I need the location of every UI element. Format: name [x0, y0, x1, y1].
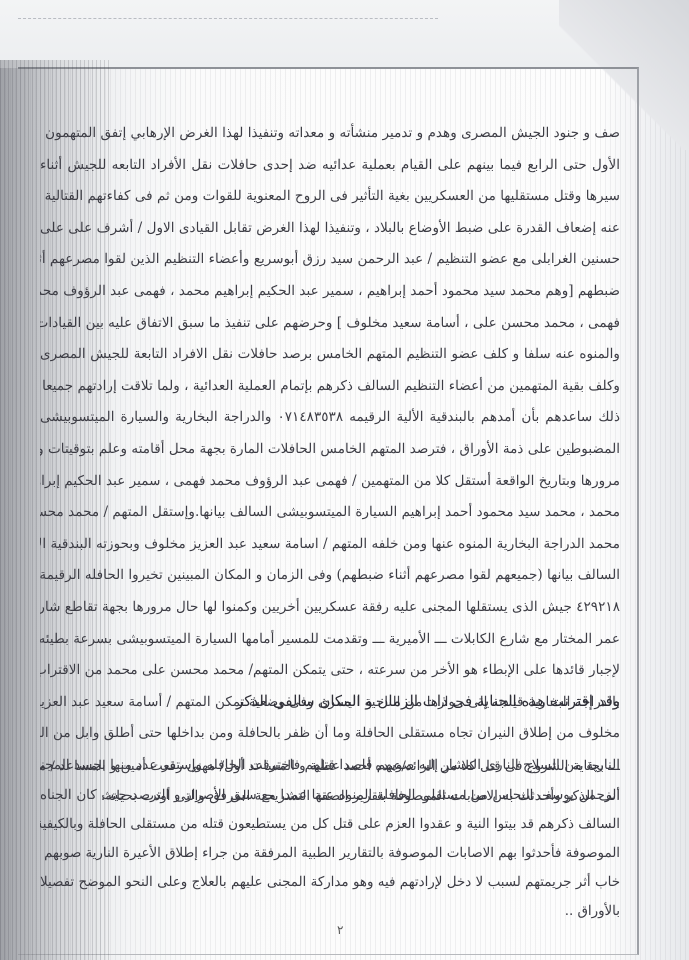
text-line: السالف ذكرهم قد بيتوا النية و عقدوا العز… — [40, 810, 620, 839]
text-line: عنه إضعاف القدرة على ضبط الأوضاع بالبلاد… — [40, 213, 620, 245]
section-heading: وقد إقترنت هذه الجناية فى ذات الزمان و ا… — [40, 692, 620, 710]
text-line: مرورها وبتاريخ الواقعة أستقل كلا من المت… — [40, 466, 620, 498]
text-line: عمر المختار مع شارع الكابلات ـــ الأميري… — [40, 624, 620, 656]
text-line: خاب أثر جريمتهم لسبب لا دخل لإرادتهم فيه… — [40, 868, 620, 897]
text-line: وكلف بقية المتهمين من أعضاء التنظيم السا… — [40, 371, 620, 403]
text-line: محمد ، محمد سيد محمود أحمد إبراهيم السيا… — [40, 497, 620, 529]
text-line: ـــ بجناية الشروع فى قتل كلا من الرائد/ع… — [40, 752, 620, 781]
text-line: والمنوه عنه سلفا و كلف عضو التنظيم المته… — [40, 339, 620, 371]
text-line: فهمى ، محمد محسن على ، أسامة سعيد مخلوف … — [40, 308, 620, 340]
text-line: الأول حتى الرابع فيما بينهم على القيام ب… — [40, 150, 620, 182]
text-line: ٤٢٩٢١٨ جيش الذى يستقلها المجنى عليه رفقة… — [40, 592, 620, 624]
text-line: صف و جنود الجيش المصرى وهدم و تدمير منشأ… — [40, 118, 620, 150]
text-line: بالأوراق .. — [40, 897, 620, 926]
text-line: لإجبار قائدها على الإبطاء هو الأخر من سر… — [40, 655, 620, 687]
text-line: المضبوطين على ذمة الأوراق ، فترصد المتهم… — [40, 434, 620, 466]
text-line: محمد الدراجة البخارية المنوه عنها ومن خل… — [40, 529, 620, 561]
text-line: السالف بيانها (جميعهم لقوا مصرعهم أثناء … — [40, 560, 620, 592]
scan-dashed-line — [18, 18, 438, 20]
text-line: الرحمن يوسف النحاس من مستقلى الحافلة الم… — [40, 781, 620, 810]
page-number: ٢ — [337, 923, 343, 937]
text-line: ذلك ساعدهم بأن أمدهم بالبندقية الألية ال… — [40, 402, 620, 434]
text-line: مخلوف من إطلاق النيران تجاه مستقلى الحاف… — [40, 718, 620, 750]
text-line: حسنين الغرابلى مع عضو التنظيم / عبد الرح… — [40, 244, 620, 276]
document-paragraph-2: ـــ بجناية الشروع فى قتل كلا من الرائد/ع… — [40, 752, 620, 926]
text-line: ضبطهم [وهم محمد سيد محمود أحمد إبراهيم ،… — [40, 276, 620, 308]
text-line: الموصوفة فأحدثوا بهم الاصابات الموصوفة ب… — [40, 839, 620, 868]
text-line: سيرها وقتل مستقليها من العسكريين بغية ال… — [40, 181, 620, 213]
